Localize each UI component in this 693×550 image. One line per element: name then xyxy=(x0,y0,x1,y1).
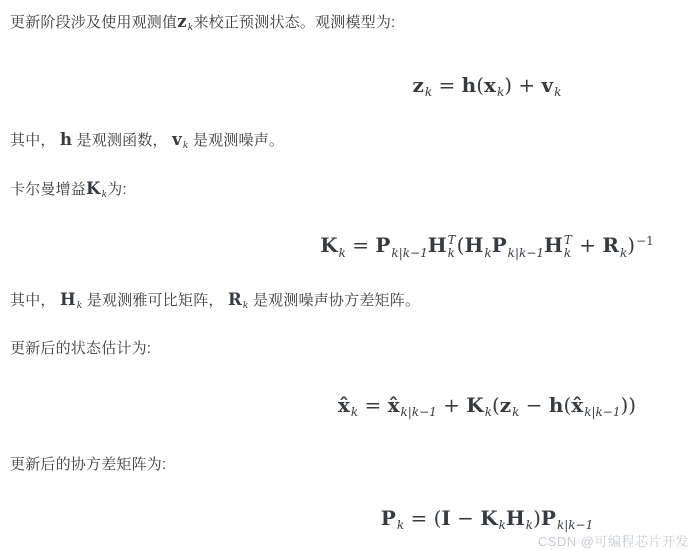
paragraph-covariance-intro: 更新后的协方差矩阵为: xyxy=(10,455,166,475)
csdn-watermark: CSDN @可编程芯片开发 xyxy=(538,531,689,550)
formula-observation-model: zk = h(xk) + vk xyxy=(0,72,693,106)
formula-text: x̂k = x̂k|k−1 + Kk(zk − h(x̂k|k−1)) xyxy=(338,393,636,417)
formula-text: Pk = (I − KkHk)Pk|k−1 xyxy=(381,506,593,530)
paragraph-kalman-gain-intro: 卡尔曼增益Kk为: xyxy=(10,179,127,205)
formula-text: Kk = Pk|k−1HTk(HkPk|k−1HTk + Rk)−1 xyxy=(320,233,654,257)
formula-state-update: x̂k = x̂k|k−1 + Kk(zk − h(x̂k|k−1)) xyxy=(0,392,693,426)
formula-kalman-gain: Kk = Pk|k−1HTk(HkPk|k−1HTk + Rk)−1 xyxy=(0,228,693,267)
paragraph-state-update-intro: 更新后的状态估计为: xyxy=(10,339,151,359)
article-page: 更新阶段涉及使用观测值zk来校正预测状态。观测模型为: zk = h(xk) +… xyxy=(0,0,693,550)
paragraph-intro-observation: 更新阶段涉及使用观测值zk来校正预测状态。观测模型为: xyxy=(10,12,395,38)
paragraph-gain-terms: 其中， Hk 是观测雅可比矩阵， Rk 是观测噪声协方差矩阵。 xyxy=(10,290,420,316)
paragraph-observation-terms: 其中， h 是观测函数， vk 是观测噪声。 xyxy=(10,130,284,156)
formula-text: zk = h(xk) + vk xyxy=(413,73,562,97)
